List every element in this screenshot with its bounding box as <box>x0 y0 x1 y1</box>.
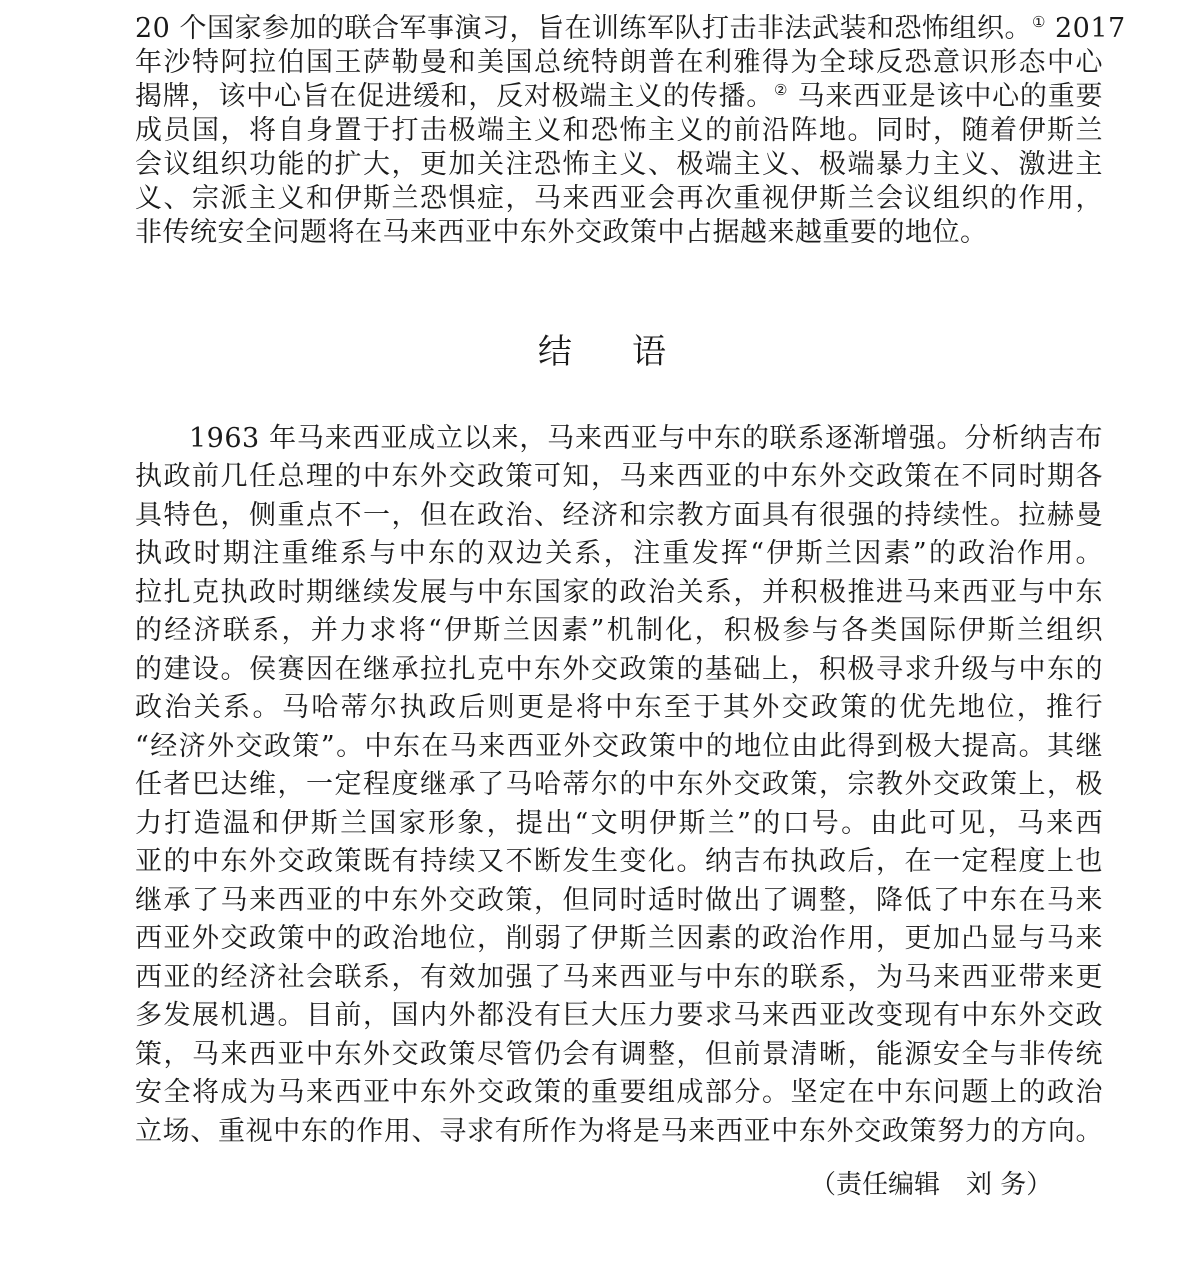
text-line: “经济外交政策”。中东在马来西亚外交政策中的地位由此得到极大提高。其继 <box>135 730 1103 764</box>
editor-credit: （责任编辑 刘 务） <box>810 1168 1052 1202</box>
text-line: 义、宗派主义和伊斯兰恐惧症，马来西亚会再次重视伊斯兰会议组织的作用， <box>135 182 1103 216</box>
text-line: 揭牌，该中心旨在促进缓和，反对极端主义的传播。② 马来西亚是该中心的重要 <box>135 80 1103 114</box>
line-text: 20 个国家参加的联合军事演习，旨在训练军队打击非法武装和恐怖组织。 <box>135 13 1032 44</box>
footnote-marker[interactable]: ① <box>1032 13 1046 31</box>
text-line: 立场、重视中东的作用、寻求有所作为将是马来西亚中东外交政策努力的方向。 <box>135 1115 1103 1149</box>
text-line: 的建设。侯赛因在继承拉扎克中东外交政策的基础上，积极寻求升级与中东的 <box>135 653 1103 687</box>
text-line: 多发展机遇。目前，国内外都没有巨大压力要求马来西亚改变现有中东外交政 <box>135 999 1103 1033</box>
text-line: 策，马来西亚中东外交政策尽管仍会有调整，但前景清晰，能源安全与非传统 <box>135 1038 1103 1072</box>
text-line: 执政时期注重维系与中东的双边关系，注重发挥“伊斯兰因素”的政治作用。 <box>135 537 1103 571</box>
text-line: 20 个国家参加的联合军事演习，旨在训练军队打击非法武装和恐怖组织。① 2017 <box>135 12 1103 46</box>
section-heading: 结语 <box>0 330 1204 374</box>
text-line: 的经济联系，并力求将“伊斯兰因素”机制化，积极参与各类国际伊斯兰组织 <box>135 614 1103 648</box>
line-text-tail: 2017 <box>1046 13 1126 44</box>
heading-char: 语 <box>602 332 696 372</box>
text-line: 成员国，将自身置于打击极端主义和恐怖主义的前沿阵地。同时，随着伊斯兰 <box>135 114 1103 148</box>
heading-char: 结 <box>508 332 602 372</box>
text-line: 拉扎克执政时期继续发展与中东国家的政治关系，并积极推进马来西亚与中东 <box>135 576 1103 610</box>
text-line: 亚的中东外交政策既有持续又不断发生变化。纳吉布执政后，在一定程度上也 <box>135 845 1103 879</box>
text-line: 安全将成为马来西亚中东外交政策的重要组成部分。坚定在中东问题上的政治 <box>135 1076 1103 1110</box>
text-line: 会议组织功能的扩大，更加关注恐怖主义、极端主义、极端暴力主义、激进主 <box>135 148 1103 182</box>
text-line: 非传统安全问题将在马来西亚中东外交政策中占据越来越重要的地位。 <box>135 216 1103 250</box>
text-line: 西亚的经济社会联系，有效加强了马来西亚与中东的联系，为马来西亚带来更 <box>135 961 1103 995</box>
text-line: 任者巴达维，一定程度继承了马哈蒂尔的中东外交政策，宗教外交政策上，极 <box>135 768 1103 802</box>
text-line: 具特色，侧重点不一，但在政治、经济和宗教方面具有很强的持续性。拉赫曼 <box>135 499 1103 533</box>
text-line: 年沙特阿拉伯国王萨勒曼和美国总统特朗普在利雅得为全球反恐意识形态中心 <box>135 46 1103 80</box>
line-text-tail: 马来西亚是该中心的重要 <box>788 81 1103 112</box>
line-text: 揭牌，该中心旨在促进缓和，反对极端主义的传播。 <box>135 81 774 112</box>
text-line: 政治关系。马哈蒂尔执政后则更是将中东至于其外交政策的优先地位，推行 <box>135 691 1103 725</box>
text-line: 1963 年马来西亚成立以来，马来西亚与中东的联系逐渐增强。分析纳吉布 <box>189 422 1103 456</box>
text-line: 力打造温和伊斯兰国家形象，提出“文明伊斯兰”的口号。由此可见，马来西 <box>135 807 1103 841</box>
document-page: 20 个国家参加的联合军事演习，旨在训练军队打击非法武装和恐怖组织。① 2017… <box>0 0 1204 1273</box>
text-line: 西亚外交政策中的政治地位，削弱了伊斯兰因素的政治作用，更加凸显与马来 <box>135 922 1103 956</box>
text-line: 继承了马来西亚的中东外交政策，但同时适时做出了调整，降低了中东在马来 <box>135 884 1103 918</box>
text-line: 执政前几任总理的中东外交政策可知，马来西亚的中东外交政策在不同时期各 <box>135 460 1103 494</box>
footnote-marker[interactable]: ② <box>774 81 788 99</box>
